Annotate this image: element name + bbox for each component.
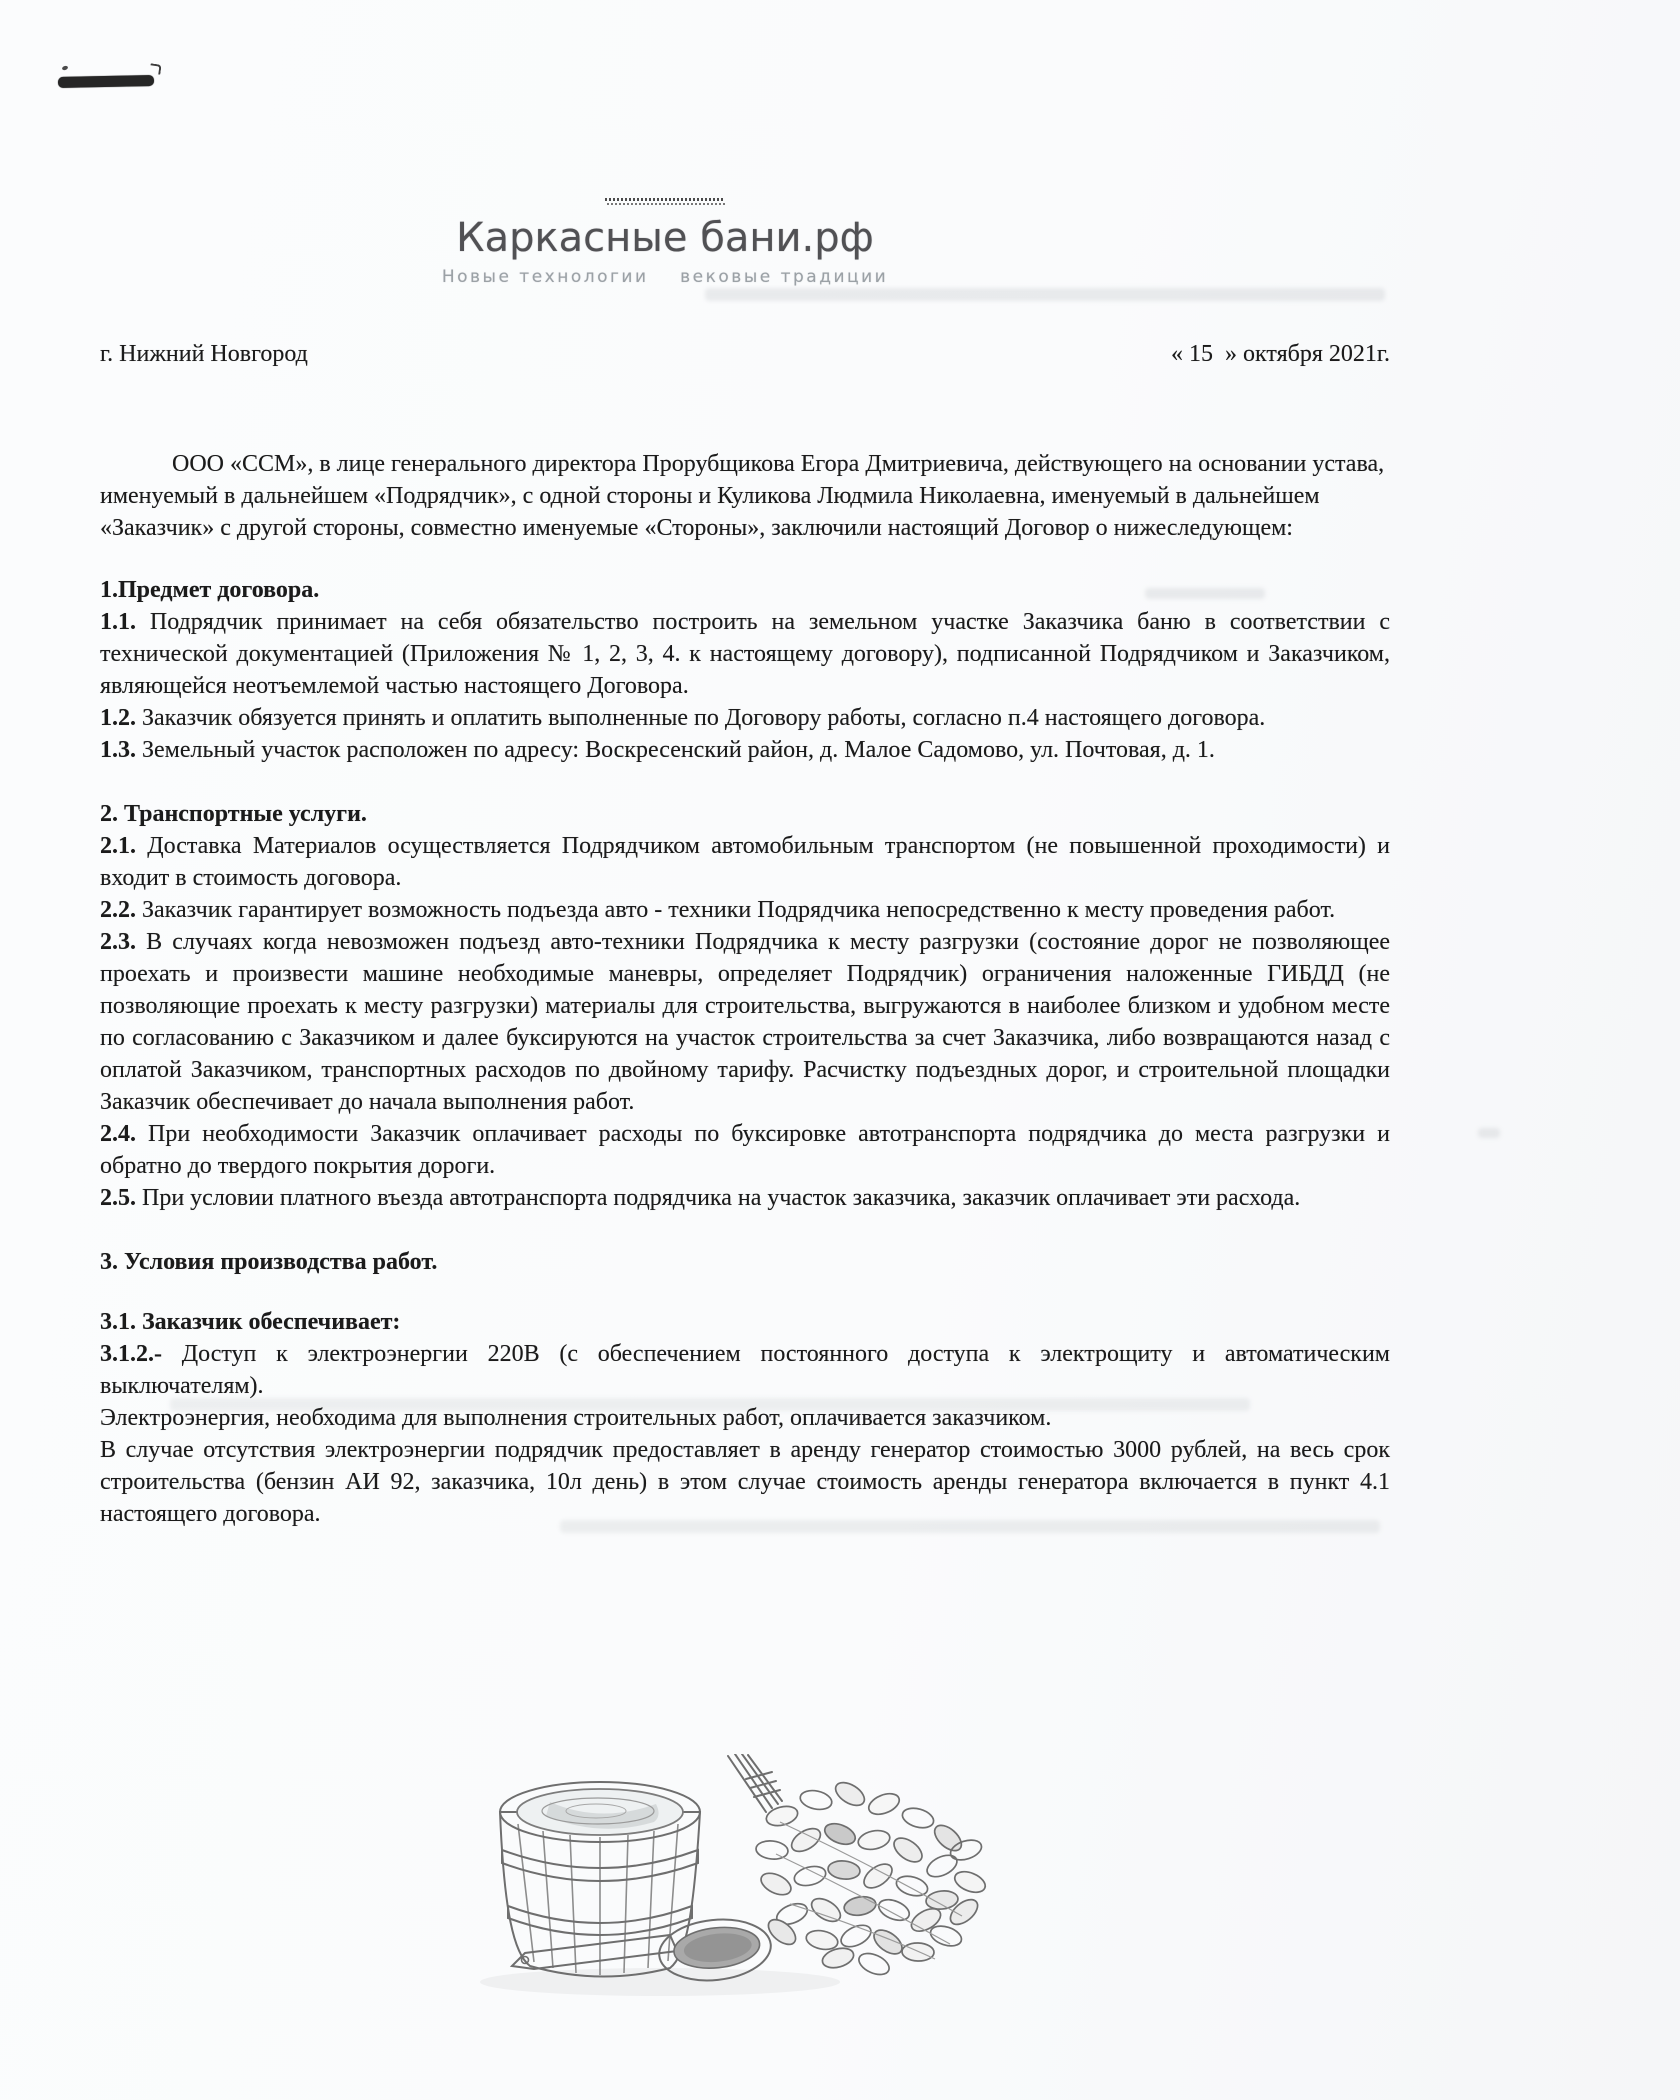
- venik-handle: [728, 1754, 782, 1812]
- clause-number: 1.1.: [100, 609, 136, 635]
- birch-leaf: [890, 1833, 926, 1866]
- clause-number: 2.1.: [100, 833, 136, 859]
- clause-paragraph: 2.3. В случаях когда невозможен подъезд …: [100, 926, 1390, 1118]
- birch-leaf: [764, 1915, 800, 1949]
- clause-paragraph: 2.5. При условии платного въезда автотра…: [100, 1182, 1390, 1214]
- birch-leaf: [930, 1821, 966, 1856]
- clause-paragraph: 2.2. Заказчик гарантирует возможность по…: [100, 894, 1390, 926]
- contract-body: г. Нижний Новгород « 15 » октября 2021г.…: [100, 338, 1390, 1530]
- birch-leaf: [827, 1859, 861, 1880]
- clause-paragraph: 1.3. Земельный участок расположен по адр…: [100, 734, 1390, 766]
- contract-section-3: 3. Условия производства работ.3.1. Заказ…: [100, 1246, 1390, 1530]
- section-title: 3. Условия производства работ.: [100, 1246, 1390, 1278]
- bath-sketch-svg: [430, 1754, 990, 2054]
- section-subtitle: 3.1. Заказчик обеспечивает:: [100, 1306, 1390, 1338]
- birch-leaf: [838, 1921, 875, 1951]
- clause-paragraph: Электроэнергия, необходима для выполнени…: [100, 1402, 1390, 1434]
- brand-tagline: Новые технологии вековые традиции: [100, 267, 1230, 287]
- birch-leaf: [856, 1828, 891, 1852]
- clause-number: 2.5.: [100, 1185, 136, 1211]
- clause-number: 2.2.: [100, 897, 136, 923]
- birch-leaf: [843, 1894, 878, 1917]
- meta-row: г. Нижний Новгород « 15 » октября 2021г.: [100, 338, 1390, 370]
- clause-paragraph: 2.4. При необходимости Заказчик оплачива…: [100, 1118, 1390, 1182]
- clause-paragraph: В случае отсутствия электроэнергии подря…: [100, 1434, 1390, 1530]
- birch-leaf: [952, 1868, 988, 1897]
- birch-leaf: [866, 1790, 902, 1819]
- wooden-bucket: [500, 1782, 700, 1977]
- birch-leaf: [832, 1778, 869, 1810]
- clause-number: 1.2.: [100, 705, 136, 731]
- clause-paragraph: 1.1. Подрядчик принимает на себя обязате…: [100, 606, 1390, 702]
- birch-leaf: [856, 1949, 893, 1978]
- date-label: « 15 » октября 2021г.: [1171, 338, 1390, 370]
- intro-paragraph: ООО «ССМ», в лице генерального директора…: [100, 448, 1390, 544]
- scan-artifact-dot: [61, 65, 68, 71]
- brand-logo-text: Каркасные бани.рф: [100, 216, 1230, 260]
- clause-number: 1.3.: [100, 737, 136, 763]
- clause-number: 2.4.: [100, 1121, 136, 1147]
- clause-paragraph: 3.1.2.- Доступ к электроэнергии 220В (с …: [100, 1338, 1390, 1402]
- clause-number: 2.3.: [100, 929, 136, 955]
- clause-number: 3.1.2.-: [100, 1341, 162, 1367]
- contract-section-2: 2. Транспортные услуги.2.1. Доставка Мат…: [100, 798, 1390, 1214]
- birch-leaf: [870, 1925, 906, 1958]
- clause-paragraph: 2.1. Доставка Материалов осуществляется …: [100, 830, 1390, 894]
- letterhead-separator: [605, 198, 725, 205]
- scan-ghost-artifact: [705, 288, 1385, 301]
- clause-paragraph: 1.2. Заказчик обязуется принять и оплати…: [100, 702, 1390, 734]
- city-label: г. Нижний Новгород: [100, 338, 308, 370]
- bath-illustration: [430, 1754, 990, 2054]
- birch-leaf: [808, 1894, 845, 1926]
- scan-artifact-tail: [149, 63, 161, 74]
- contract-section-1: 1.Предмет договора.1.1. Подрядчик приним…: [100, 574, 1390, 766]
- birch-leaf: [764, 1803, 800, 1829]
- birch-leaf: [900, 1805, 936, 1831]
- ground-shadow: [480, 1968, 840, 1996]
- birch-leaf: [804, 1928, 839, 1952]
- birch-leaf: [758, 1869, 795, 1899]
- document-page: Каркасные бани.рф Новые технологии веков…: [0, 0, 1680, 2100]
- scan-artifact-staple-mark: [58, 75, 154, 88]
- scan-ghost-artifact: [1478, 1128, 1500, 1138]
- section-title: 1.Предмет договора.: [100, 574, 1390, 606]
- birch-leaf: [798, 1788, 833, 1812]
- birch-leaf: [925, 1889, 959, 1910]
- letterhead: Каркасные бани.рф Новые технологии веков…: [100, 198, 1230, 287]
- section-title: 2. Транспортные услуги.: [100, 798, 1390, 830]
- contract-sections: 1.Предмет договора.1.1. Подрядчик приним…: [100, 574, 1390, 1530]
- venik-foliage: [755, 1778, 988, 1979]
